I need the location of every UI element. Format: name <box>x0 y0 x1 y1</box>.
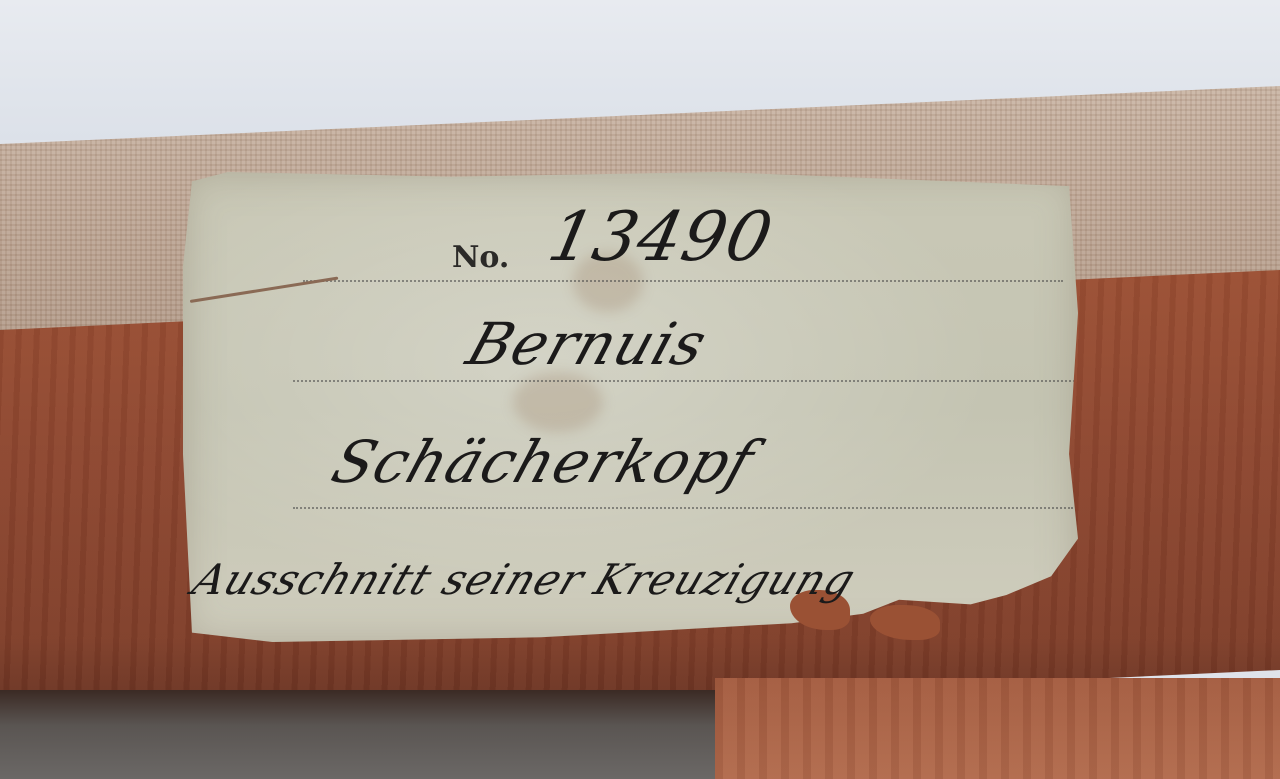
dotted-line <box>293 380 1083 382</box>
handwritten-artwork-title: Schächerkopf <box>324 428 763 496</box>
handwritten-artist-name: Bernuis <box>459 310 716 378</box>
lower-wooden-bar <box>715 678 1280 779</box>
handwritten-description: Ausschnitt seiner Kreuzigung <box>186 555 862 604</box>
dotted-line <box>303 280 1063 282</box>
printed-number-prefix: No. <box>452 240 509 275</box>
dotted-line <box>293 507 1073 509</box>
handwritten-inventory-number: 13490 <box>542 198 780 277</box>
